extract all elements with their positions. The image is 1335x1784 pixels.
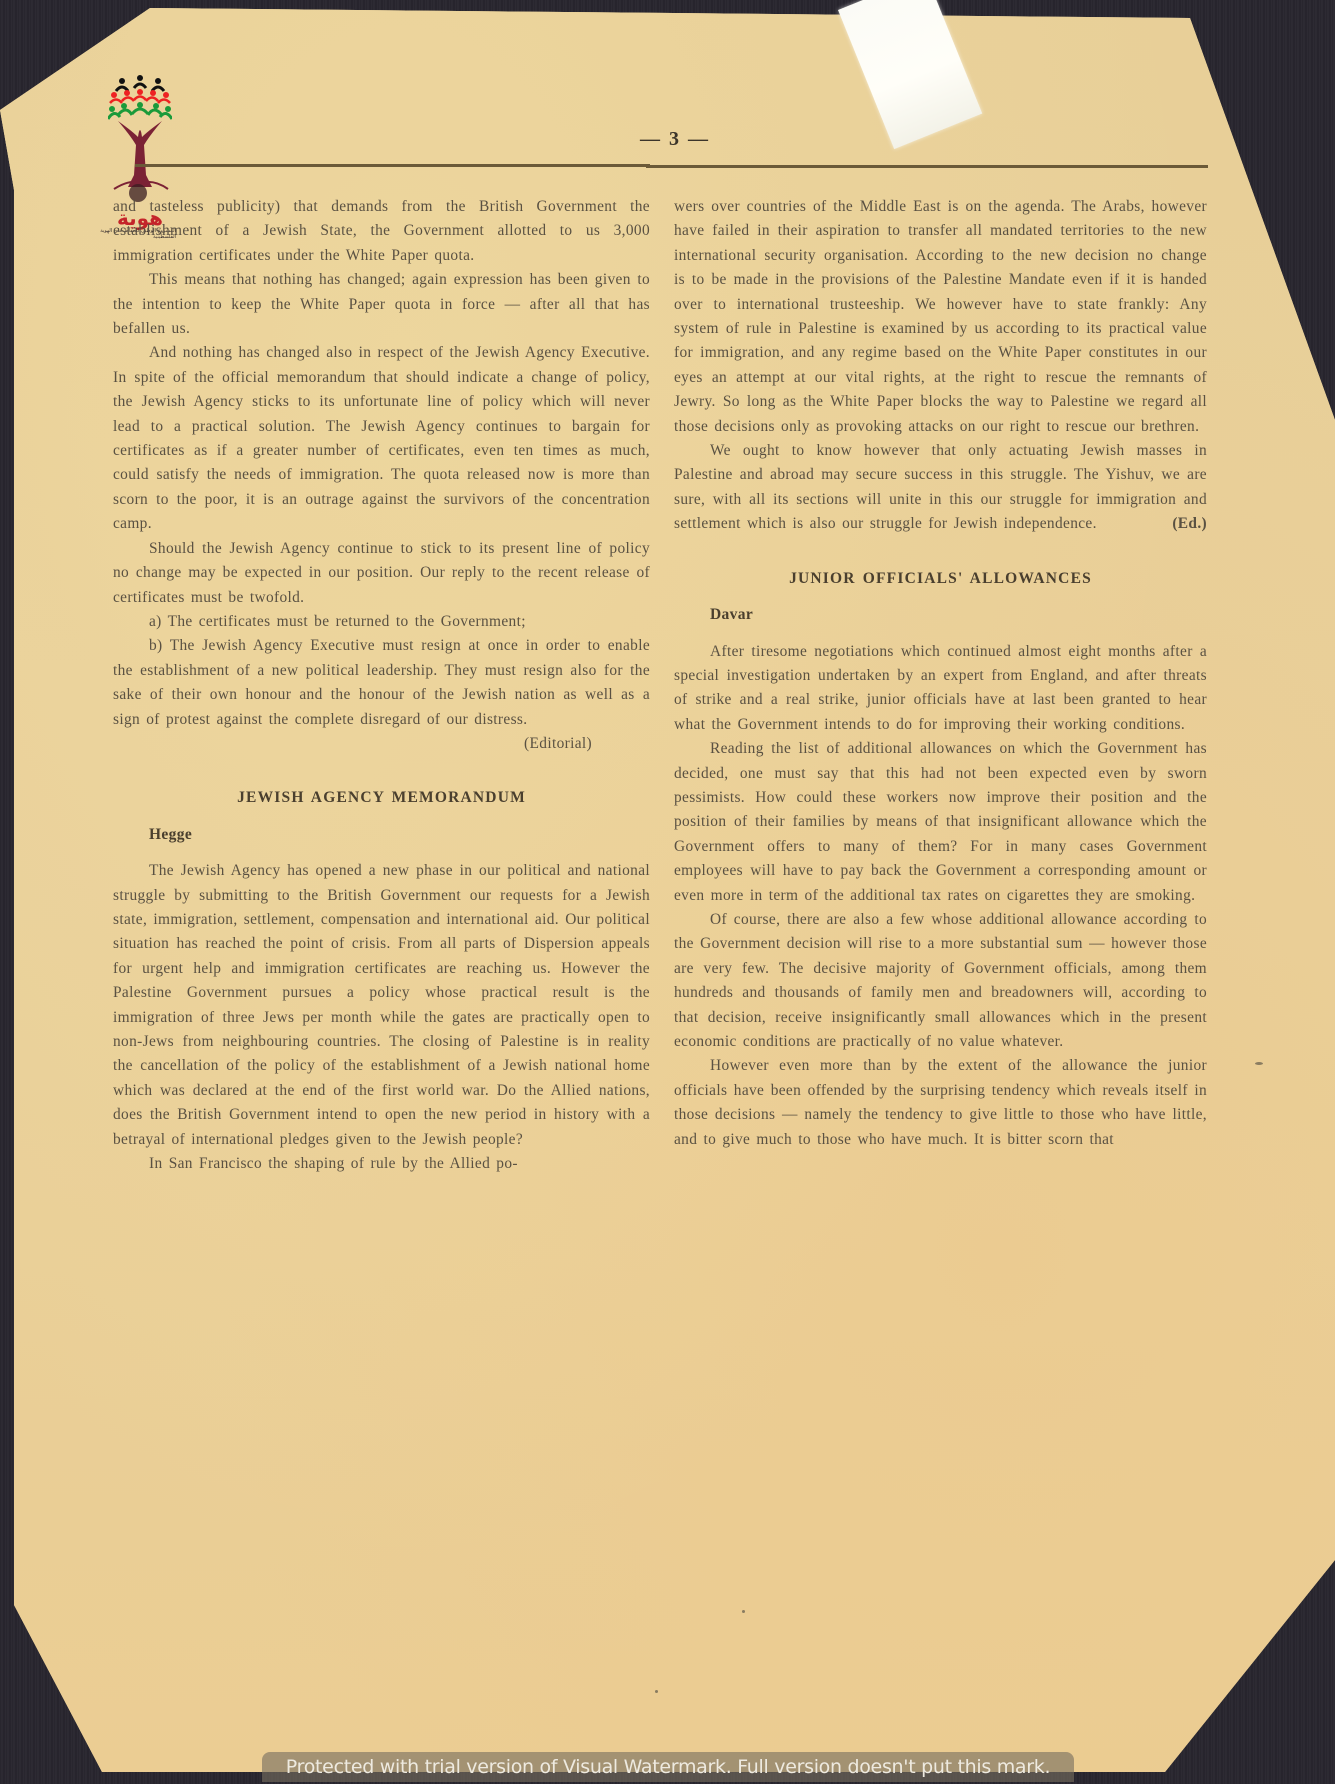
header-rule-right — [646, 165, 1208, 168]
paragraph: The Jewish Agency has opened a new phase… — [113, 859, 650, 1152]
paragraph: Should the Jewish Agency continue to sti… — [113, 537, 650, 610]
header-rule-left — [135, 164, 650, 167]
watermark-banner: Protected with trial version of Visual W… — [262, 1752, 1074, 1782]
paper-speck — [655, 1690, 658, 1693]
paragraph: And nothing has changed also in respect … — [113, 341, 650, 536]
paragraph: wers over countries of the Middle East i… — [674, 195, 1207, 439]
list-item-b: b) The Jewish Agency Executive must resi… — [113, 634, 650, 732]
right-column: wers over countries of the Middle East i… — [674, 195, 1207, 1152]
article-heading: JUNIOR OFFICIALS' ALLOWANCES — [674, 567, 1207, 591]
paragraph: Of course, there are also a few whose ad… — [674, 908, 1207, 1054]
editorial-attribution: (Editorial) — [113, 732, 650, 756]
article-source: Hegge — [113, 823, 650, 847]
paragraph: After tiresome negotiations which contin… — [674, 640, 1207, 738]
list-item-a: a) The certificates must be returned to … — [113, 610, 650, 634]
paragraph: We ought to know however that only actua… — [674, 439, 1207, 537]
article-source: Davar — [674, 603, 1207, 627]
paragraph: and tasteless publicity) that demands fr… — [113, 195, 650, 268]
paper-speck — [1255, 1062, 1263, 1065]
paragraph: In San Francisco the shaping of rule by … — [113, 1152, 650, 1176]
paragraph: This means that nothing has changed; aga… — [113, 268, 650, 341]
editorial-attribution: (Ed.) — [1136, 512, 1207, 536]
paper-speck — [742, 1610, 745, 1613]
paragraph: Reading the list of additional allowance… — [674, 737, 1207, 908]
article-heading: JEWISH AGENCY MEMORANDUM — [113, 786, 650, 810]
paragraph-text: We ought to know however that only actua… — [674, 442, 1207, 532]
left-column: and tasteless publicity) that demands fr… — [113, 195, 650, 1176]
paragraph: However even more than by the extent of … — [674, 1054, 1207, 1152]
page-number: — 3 — — [640, 128, 710, 151]
